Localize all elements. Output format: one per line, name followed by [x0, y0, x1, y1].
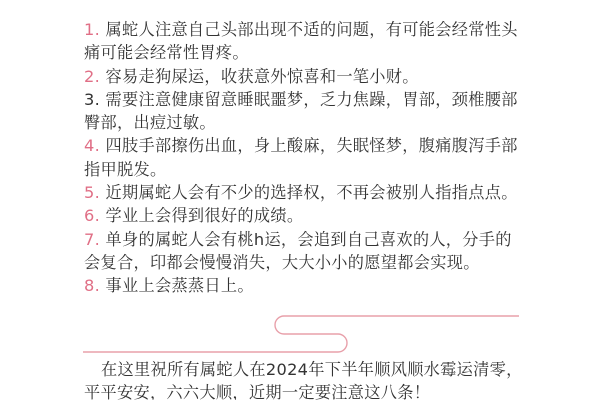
item-text: 容易走狗屎运，收获意外惊喜和一笔小财。 [100, 67, 419, 86]
list-item-5: 5. 近期属蛇人会有不少的选择权，不再会被别人指指点点。 [84, 181, 524, 204]
item-text: 属蛇人注意自己头部出现不适的问题，有可能会经常性头痛可能会经常性胃疼。 [84, 20, 518, 62]
article-list: 1. 属蛇人注意自己头部出现不适的问题，有可能会经常性头痛可能会经常性胃疼。 2… [84, 18, 524, 298]
item-number: 5. [84, 183, 100, 202]
list-item-6: 6. 学业上会得到很好的成绩。 [84, 204, 524, 227]
list-item-3: 3. 需要注意健康留意睡眠噩梦，乏力焦躁，胃部，颈椎腰部臀部，出痘过敏。 [84, 88, 524, 135]
item-text: 需要注意健康留意睡眠噩梦，乏力焦躁，胃部，颈椎腰部臀部，出痘过敏。 [84, 90, 518, 132]
item-number: 7. [84, 230, 100, 249]
item-text: 单身的属蛇人会有桃h运，会追到自己喜欢的人，分手的会复合，印都会慢慢消失，大大小… [84, 230, 512, 272]
item-text: 四肢手部擦伤出血，身上酸麻，失眠怪梦，腹痛腹泻手部指甲脱发。 [84, 136, 518, 178]
item-text: 事业上会蒸蒸日上。 [100, 276, 254, 295]
list-item-4: 4. 四肢手部擦伤出血，身上酸麻，失眠怪梦，腹痛腹泻手部指甲脱发。 [84, 134, 524, 181]
item-number: 4. [84, 136, 100, 155]
item-text: 学业上会得到很好的成绩。 [100, 206, 303, 225]
item-number: 2. [84, 67, 100, 86]
list-item-7: 7. 单身的属蛇人会有桃h运，会追到自己喜欢的人，分手的会复合，印都会慢慢消失，… [84, 228, 524, 275]
list-item-2: 2. 容易走狗屎运，收获意外惊喜和一笔小财。 [84, 65, 524, 88]
item-number: 3. [84, 90, 100, 109]
item-number: 8. [84, 276, 100, 295]
list-item-8: 8. 事业上会蒸蒸日上。 [84, 274, 524, 297]
item-text: 近期属蛇人会有不少的选择权，不再会被别人指指点点。 [100, 183, 518, 202]
item-number: 1. [84, 20, 100, 39]
item-number: 6. [84, 206, 100, 225]
closing-paragraph: 在这里祝所有属蛇人在2024年下半年顺风顺水霉运清零，平平安安，六六大顺，近期一… [84, 358, 524, 400]
list-item-1: 1. 属蛇人注意自己头部出现不适的问题，有可能会经常性头痛可能会经常性胃疼。 [84, 18, 524, 65]
